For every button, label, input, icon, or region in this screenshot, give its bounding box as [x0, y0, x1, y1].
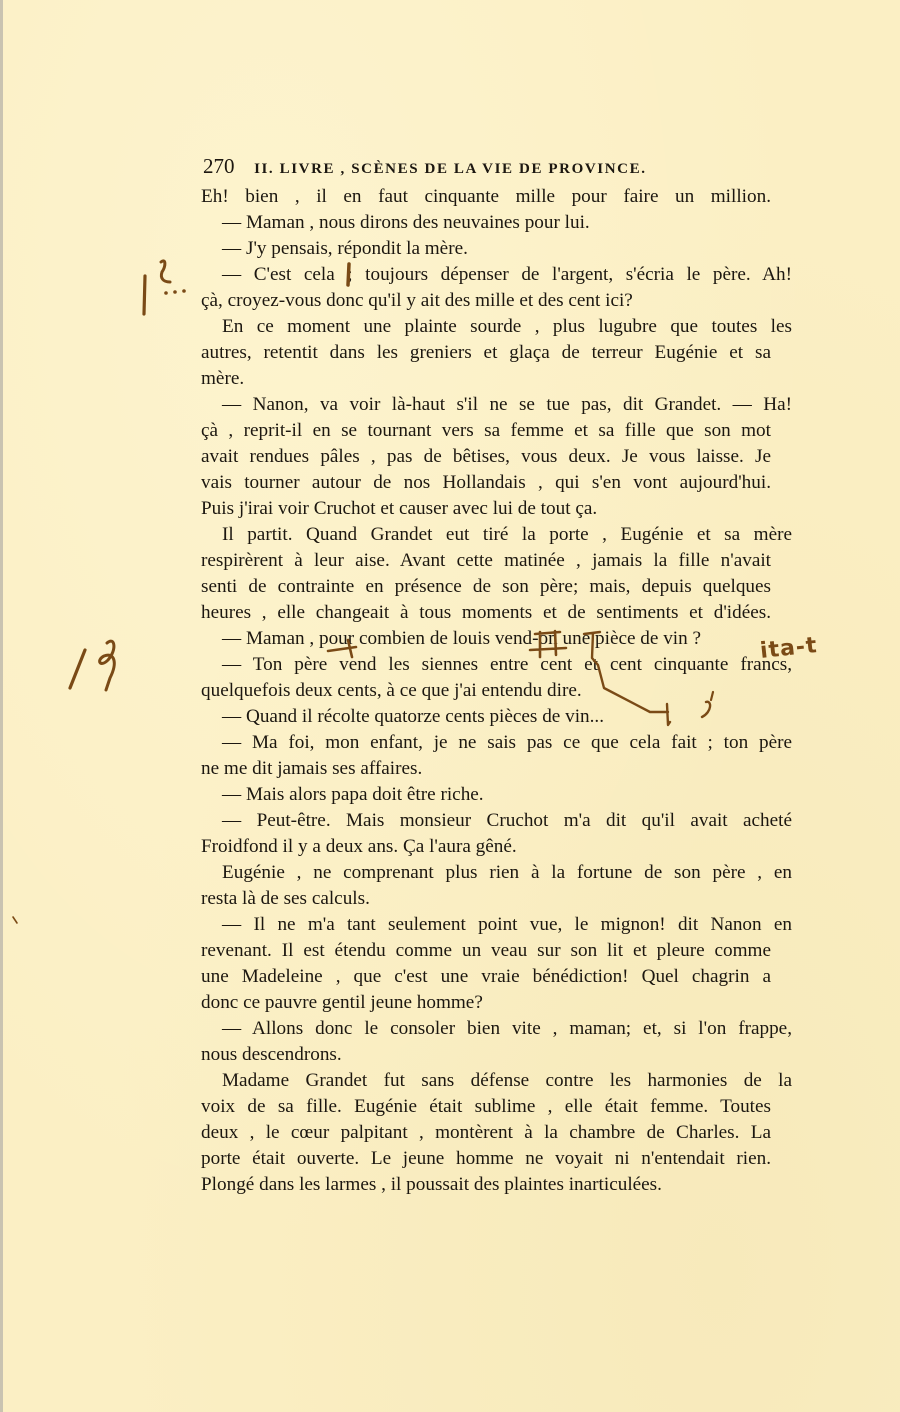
margin-digit-1 [70, 650, 85, 688]
text-line: revenant. Il est étendu comme un veau su… [201, 938, 771, 964]
text-line: — Il ne m'a tant seulement point vue, le… [201, 912, 792, 938]
text-line: — Mais alors papa doit être riche. [201, 782, 792, 808]
text-line: Il partit. Quand Grandet eut tiré la por… [201, 522, 792, 548]
margin-digit-2 [161, 261, 170, 282]
text-line: quelquefois deux cents, à ce que j'ai en… [201, 678, 771, 704]
text-line: Puis j'irai voir Cruchot et causer avec … [201, 496, 771, 522]
text-line: Eugénie , ne comprenant plus rien à la f… [201, 860, 792, 886]
book-page: 270 II. LIVRE , SCÈNES DE LA VIE DE PROV… [0, 0, 900, 1412]
page-edge [0, 0, 3, 1412]
text-line: mère. [201, 366, 771, 392]
text-line: — J'y pensais, répondit la mère. [201, 236, 792, 262]
text-line: — Ma foi, mon enfant, je ne sais pas ce … [201, 730, 792, 756]
text-line: autres, retentit dans les greniers et gl… [201, 340, 771, 366]
page-number: 270 [203, 154, 235, 178]
margin-bar-mark [144, 276, 145, 314]
text-line: senti de contrainte en présence de son p… [201, 574, 771, 600]
text-line: Eh! bien , il en faut cinquante mille po… [201, 184, 771, 210]
text-line: voix de sa fille. Eugénie était sublime … [201, 1094, 771, 1120]
text-line: une Madeleine , que c'est une vraie béné… [201, 964, 771, 990]
text-line: donc ce pauvre gentil jeune homme? [201, 990, 771, 1016]
text-line: heures , elle changeait à tous moments e… [201, 600, 771, 626]
text-line: — Quand il récolte quatorze cents pièces… [201, 704, 792, 730]
margin-digit-8 [100, 641, 115, 690]
text-line: — Maman , pour combien de louis vend-on … [201, 626, 792, 652]
text-line: deux , le cœur palpitant , montèrent à l… [201, 1120, 771, 1146]
text-line: — Nanon, va voir là-haut s'il ne se tue … [201, 392, 792, 418]
text-line: — C'est cela ; toujours dépenser de l'ar… [201, 262, 792, 288]
text-line: çà, croyez-vous donc qu'il y ait des mil… [201, 288, 771, 314]
text-line: — Allons donc le consoler bien vite , ma… [201, 1016, 792, 1042]
text-line: Plongé dans les larmes , il poussait des… [201, 1172, 771, 1198]
text-line: Madame Grandet fut sans défense contre l… [201, 1068, 792, 1094]
text-line: ne me dit jamais ses affaires. [201, 756, 771, 782]
text-line: porte était ouverte. Le jeune homme ne v… [201, 1146, 771, 1172]
margin-note-right: ita-t [759, 633, 819, 664]
running-header: 270 II. LIVRE , SCÈNES DE LA VIE DE PROV… [203, 154, 773, 182]
text-line: — Peut-être. Mais monsieur Cruchot m'a d… [201, 808, 792, 834]
body-text: Eh! bien , il en faut cinquante mille po… [201, 184, 771, 1198]
text-line: respirèrent à leur aise. Avant cette mat… [201, 548, 771, 574]
text-line: Froidfond il y a deux ans. Ça l'aura gên… [201, 834, 771, 860]
text-line: vais tourner autour de nos Hollandais , … [201, 470, 771, 496]
text-line: En ce moment une plainte sourde , plus l… [201, 314, 792, 340]
running-title: II. LIVRE , SCÈNES DE LA VIE DE PROVINCE… [254, 161, 647, 177]
text-line: avait rendues pâles , pas de bêtises, vo… [201, 444, 771, 470]
text-line: nous descendrons. [201, 1042, 771, 1068]
text-line: — Maman , nous dirons des neuvaines pour… [201, 210, 792, 236]
text-line: resta là de ses calculs. [201, 886, 771, 912]
text-line: çà , reprit-il en se tournant vers sa fe… [201, 418, 771, 444]
text-line: — Ton père vend les siennes entre cent e… [201, 652, 792, 678]
